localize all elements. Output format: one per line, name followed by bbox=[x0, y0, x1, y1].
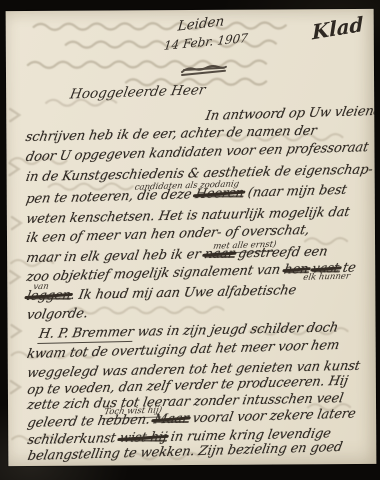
insertion-note: elk hunner bbox=[302, 271, 350, 283]
salutation: Hooggeleerde Heer bbox=[69, 82, 207, 102]
letter-line: In antwoord op Uw vleiend bbox=[204, 104, 376, 124]
insertion-note: van bbox=[32, 282, 49, 293]
line-segment: was in zijn jeugd schilder doch bbox=[132, 320, 339, 340]
line-segment: (naar mijn best bbox=[242, 183, 347, 201]
letter-place: Leiden bbox=[177, 13, 225, 34]
underlined-name: H. P. Bremmer bbox=[37, 325, 135, 344]
line-segment: zoo objektief mogelijk signalement van bbox=[25, 263, 285, 286]
letter-line: volgorde. bbox=[26, 306, 90, 323]
line-segment: volgorde. bbox=[26, 306, 90, 323]
draft-annotation: Klad bbox=[312, 12, 364, 45]
line-segment: schilderkunst bbox=[26, 431, 121, 448]
insertion-note: met alle ernst) bbox=[212, 240, 277, 254]
line-segment: maar in elk geval heb ik er bbox=[25, 247, 206, 266]
insertion-note: Toch wist hij) bbox=[103, 405, 163, 418]
letter-line: leggen. Ik houd mij aan Uwe alfabetische bbox=[25, 283, 297, 304]
line-segment: . Ik houd mij aan Uwe alfabetische bbox=[69, 283, 297, 303]
letter-date: 14 Febr. 1907 bbox=[163, 31, 248, 53]
line-segment: schrijven heb ik de eer, achter de namen… bbox=[24, 124, 317, 145]
letter-photo: Leiden 14 Febr. 1907 Klad Hooggeleerde H… bbox=[0, 0, 380, 480]
letter-line: schrijven heb ik de eer, achter de namen… bbox=[24, 124, 317, 145]
struck-word: wist hij bbox=[118, 430, 168, 446]
line-segment: In antwoord op Uw vleiend bbox=[204, 104, 376, 124]
scribbled-out-word bbox=[180, 64, 228, 80]
line-segment: vooral voor zekere latere bbox=[187, 406, 357, 426]
letter-paper: Leiden 14 Febr. 1907 Klad Hooggeleerde H… bbox=[6, 9, 377, 466]
